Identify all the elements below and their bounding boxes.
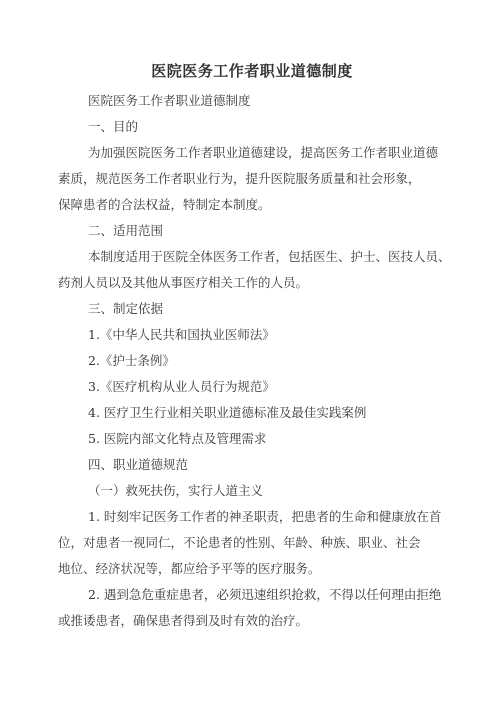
text-line: 一、目的 [58,114,432,140]
text-line: 3.《医疗机构从业人员行为规范》 [58,374,432,400]
document-content: 医院医务工作者职业道德制度 医院医务工作者职业道德制度一、目的为加强医院医务工作… [58,58,432,634]
text-line: 为加强医院医务工作者职业道德建设，提高医务工作者职业道德 [58,140,432,166]
text-line: 4. 医疗卫生行业相关职业道德标准及最佳实践案例 [58,400,432,426]
text-line: 5. 医院内部文化特点及管理需求 [58,426,432,452]
document-body: 医院医务工作者职业道德制度一、目的为加强医院医务工作者职业道德建设，提高医务工作… [58,88,432,634]
text-line: 医院医务工作者职业道德制度 [58,88,432,114]
text-line: 地位、经济状况等，都应给予平等的医疗服务。 [58,556,432,582]
text-line: 素质，规范医务工作者职业行为，提升医院服务质量和社会形象， [58,166,432,192]
text-line: 本制度适用于医院全体医务工作者，包括医生、护士、医技人员、 [58,244,432,270]
text-line: 2.《护士条例》 [58,348,432,374]
text-line: 三、制定依据 [58,296,432,322]
text-line: 药剂人员以及其他从事医疗相关工作的人员。 [58,270,432,296]
text-line: 1. 时刻牢记医务工作者的神圣职责，把患者的生命和健康放在首 [58,504,432,530]
text-line: 位，对患者一视同仁，不论患者的性别、年龄、种族、职业、社会 [58,530,432,556]
text-line: 二、适用范围 [58,218,432,244]
text-line: 四、职业道德规范 [58,452,432,478]
text-line: 或推诿患者，确保患者得到及时有效的治疗。 [58,608,432,634]
text-line: （一）救死扶伤，实行人道主义 [58,478,432,504]
document-title: 医院医务工作者职业道德制度 [58,58,432,84]
text-line: 保障患者的合法权益，特制定本制度。 [58,192,432,218]
document-page: 医院医务工作者职业道德制度 医院医务工作者职业道德制度一、目的为加强医院医务工作… [0,0,500,707]
text-line: 1.《中华人民共和国执业医师法》 [58,322,432,348]
text-line: 2. 遇到急危重症患者，必须迅速组织抢救，不得以任何理由拒绝 [58,582,432,608]
